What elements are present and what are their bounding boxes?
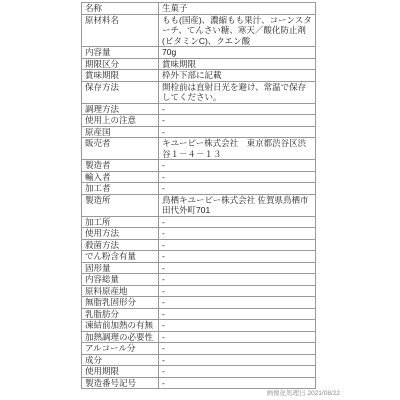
row-label: 無脂乳固形分 — [82, 297, 159, 309]
row-label: 期限区分 — [82, 58, 159, 70]
row-value: 生菓子 — [159, 3, 316, 15]
row-label: 使用期限 — [82, 366, 159, 378]
row-label: でん粉含有量 — [82, 251, 159, 263]
table-row: 調理方法- — [82, 103, 316, 115]
row-value: 枠外下部に記載 — [159, 70, 316, 82]
row-label: 加工所 — [82, 216, 159, 228]
row-value: - — [159, 216, 316, 228]
table-row: 無脂乳固形分- — [82, 297, 316, 309]
table-row: 輸入者- — [82, 171, 316, 183]
row-label: アルコール分 — [82, 343, 159, 355]
row-label: 原材料名 — [82, 14, 159, 47]
row-value: - — [159, 239, 316, 251]
row-label: 加熱調理の必要性 — [82, 331, 159, 343]
row-value: - — [159, 160, 316, 172]
row-label: 販売者 — [82, 138, 159, 160]
row-value: - — [159, 343, 316, 355]
table-row: 賞味期限枠外下部に記載 — [82, 70, 316, 82]
table-row: 原産国- — [82, 126, 316, 138]
table-row: 内容総量- — [82, 274, 316, 286]
row-value: - — [159, 366, 316, 378]
table-row: 原料原産地- — [82, 285, 316, 297]
table-row: 製造者- — [82, 160, 316, 172]
table-row: 製造番号記号- — [82, 377, 316, 389]
row-value: - — [159, 308, 316, 320]
row-value: - — [159, 103, 316, 115]
row-label: 内容総量 — [82, 274, 159, 286]
row-label: 製造番号記号 — [82, 377, 159, 389]
row-label: 成分 — [82, 354, 159, 366]
product-spec-table: 名称生菓子原材料名もも(国産)、濃縮もも果汁、コーンスターチ、てんさい糖、寒天／… — [81, 2, 316, 389]
row-label: 原産国 — [82, 126, 159, 138]
row-value: - — [159, 171, 316, 183]
image-processed-date-caption: 画像化処理日 2021/08/22 — [267, 390, 340, 398]
row-value: 鳥栖キユーピー株式会社 佐賀県鳥栖市田代外町701 — [159, 194, 316, 216]
table-row: アルコール分- — [82, 343, 316, 355]
row-value: - — [159, 126, 316, 138]
table-row: 期限区分賞味期限 — [82, 58, 316, 70]
table-row: 使用期限- — [82, 366, 316, 378]
table-row: 使用方法- — [82, 228, 316, 240]
table-row: 乳脂肪分- — [82, 308, 316, 320]
row-label: 賞味期限 — [82, 70, 159, 82]
row-label: 製造所 — [82, 194, 159, 216]
row-label: 製造者 — [82, 160, 159, 172]
row-value: - — [159, 354, 316, 366]
row-value: - — [159, 320, 316, 332]
table-row: 加工所- — [82, 216, 316, 228]
table-row: 成分- — [82, 354, 316, 366]
row-label: 加工者 — [82, 183, 159, 195]
row-label: 乳脂肪分 — [82, 308, 159, 320]
row-value: - — [159, 285, 316, 297]
row-label: 使用方法 — [82, 228, 159, 240]
table-row: 加熱調理の必要性- — [82, 331, 316, 343]
table-row: 販売者キユーピー株式会社 東京都渋谷区渋谷１－４－１３ — [82, 138, 316, 160]
table-row: でん粉含有量- — [82, 251, 316, 263]
row-value: - — [159, 331, 316, 343]
row-value: - — [159, 297, 316, 309]
row-value: キユーピー株式会社 東京都渋谷区渋谷１－４－１３ — [159, 138, 316, 160]
row-label: 凍結前加熱の有無 — [82, 320, 159, 332]
row-label: 原料原産地 — [82, 285, 159, 297]
row-label: 輸入者 — [82, 171, 159, 183]
row-label: 使用上の注意 — [82, 115, 159, 127]
product-label-page: 名称生菓子原材料名もも(国産)、濃縮もも果汁、コーンスターチ、てんさい糖、寒天／… — [0, 0, 400, 400]
row-value: 70g — [159, 47, 316, 59]
row-value: - — [159, 228, 316, 240]
table-row: 原材料名もも(国産)、濃縮もも果汁、コーンスターチ、てんさい糖、寒天／酸化防止剤… — [82, 14, 316, 47]
table-row: 殺菌方法- — [82, 239, 316, 251]
row-value: - — [159, 262, 316, 274]
table-row: 凍結前加熱の有無- — [82, 320, 316, 332]
row-value: - — [159, 183, 316, 195]
row-label: 保存方法 — [82, 81, 159, 103]
table-row: 固形量- — [82, 262, 316, 274]
row-value: - — [159, 274, 316, 286]
table-row: 名称生菓子 — [82, 3, 316, 15]
row-value: - — [159, 377, 316, 389]
row-label: 内容量 — [82, 47, 159, 59]
row-value: - — [159, 251, 316, 263]
row-label: 殺菌方法 — [82, 239, 159, 251]
table-row: 製造所鳥栖キユーピー株式会社 佐賀県鳥栖市田代外町701 — [82, 194, 316, 216]
row-value: 開栓前は直射日光を避け、常温で保存してください。 — [159, 81, 316, 103]
table-row: 保存方法開栓前は直射日光を避け、常温で保存してください。 — [82, 81, 316, 103]
row-label: 調理方法 — [82, 103, 159, 115]
row-label: 固形量 — [82, 262, 159, 274]
row-value: もも(国産)、濃縮もも果汁、コーンスターチ、てんさい糖、寒天／酸化防止剤(ビタミ… — [159, 14, 316, 47]
row-value: - — [159, 115, 316, 127]
spec-table-body: 名称生菓子原材料名もも(国産)、濃縮もも果汁、コーンスターチ、てんさい糖、寒天／… — [82, 3, 316, 389]
row-label: 名称 — [82, 3, 159, 15]
table-row: 使用上の注意- — [82, 115, 316, 127]
row-value: 賞味期限 — [159, 58, 316, 70]
table-row: 内容量70g — [82, 47, 316, 59]
table-row: 加工者- — [82, 183, 316, 195]
